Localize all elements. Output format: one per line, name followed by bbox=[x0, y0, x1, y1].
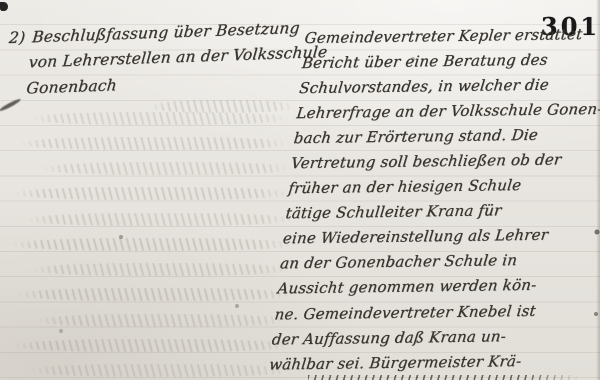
scan-edge-shadow bbox=[596, 0, 600, 380]
handwritten-line: Vertretung soll beschließen ob der bbox=[290, 147, 585, 176]
ink-blot bbox=[0, 2, 8, 11]
bleed-through-line bbox=[18, 137, 293, 150]
bleed-through-line bbox=[35, 314, 290, 327]
bleed-through-line bbox=[28, 364, 293, 377]
margin-heading: 2)Beschlußfassung über Besetzung von Leh… bbox=[3, 16, 302, 103]
bleed-through-line bbox=[15, 288, 295, 301]
bleed-through-line bbox=[25, 213, 295, 226]
bleed-through-line bbox=[150, 100, 295, 113]
bleed-through-line bbox=[12, 339, 294, 352]
bleed-through-line bbox=[10, 238, 295, 251]
handwritten-line: Aussicht genommen werden kön- bbox=[276, 273, 571, 302]
minutes-text: Gemeindevertreter Kepler erstattet Beric… bbox=[268, 22, 598, 377]
bleed-through-line bbox=[30, 112, 290, 125]
handwritten-line: Lehrerfrage an der Volksschule Gonen- bbox=[295, 97, 590, 126]
bleed-through-line bbox=[30, 263, 292, 276]
item-marker: 2) bbox=[8, 25, 27, 51]
paper-specks bbox=[0, 0, 2, 2]
handwritten-line: ne. Gemeindevertreter Knebel ist bbox=[273, 298, 568, 327]
handwritten-line: Gemeindevertreter Kepler erstattet bbox=[303, 22, 598, 51]
bleed-through-line bbox=[12, 187, 292, 200]
scanned-page: 301 2)Beschlußfassung über Besetzung von… bbox=[0, 0, 600, 380]
clipped-next-line-tips bbox=[308, 375, 580, 380]
handwritten-line: eine Wiedereinstellung als Lehrer bbox=[281, 223, 576, 252]
handwritten-line: wählbar sei. Bürgermeister Krä- bbox=[268, 348, 563, 377]
bleed-through-line bbox=[40, 162, 295, 175]
